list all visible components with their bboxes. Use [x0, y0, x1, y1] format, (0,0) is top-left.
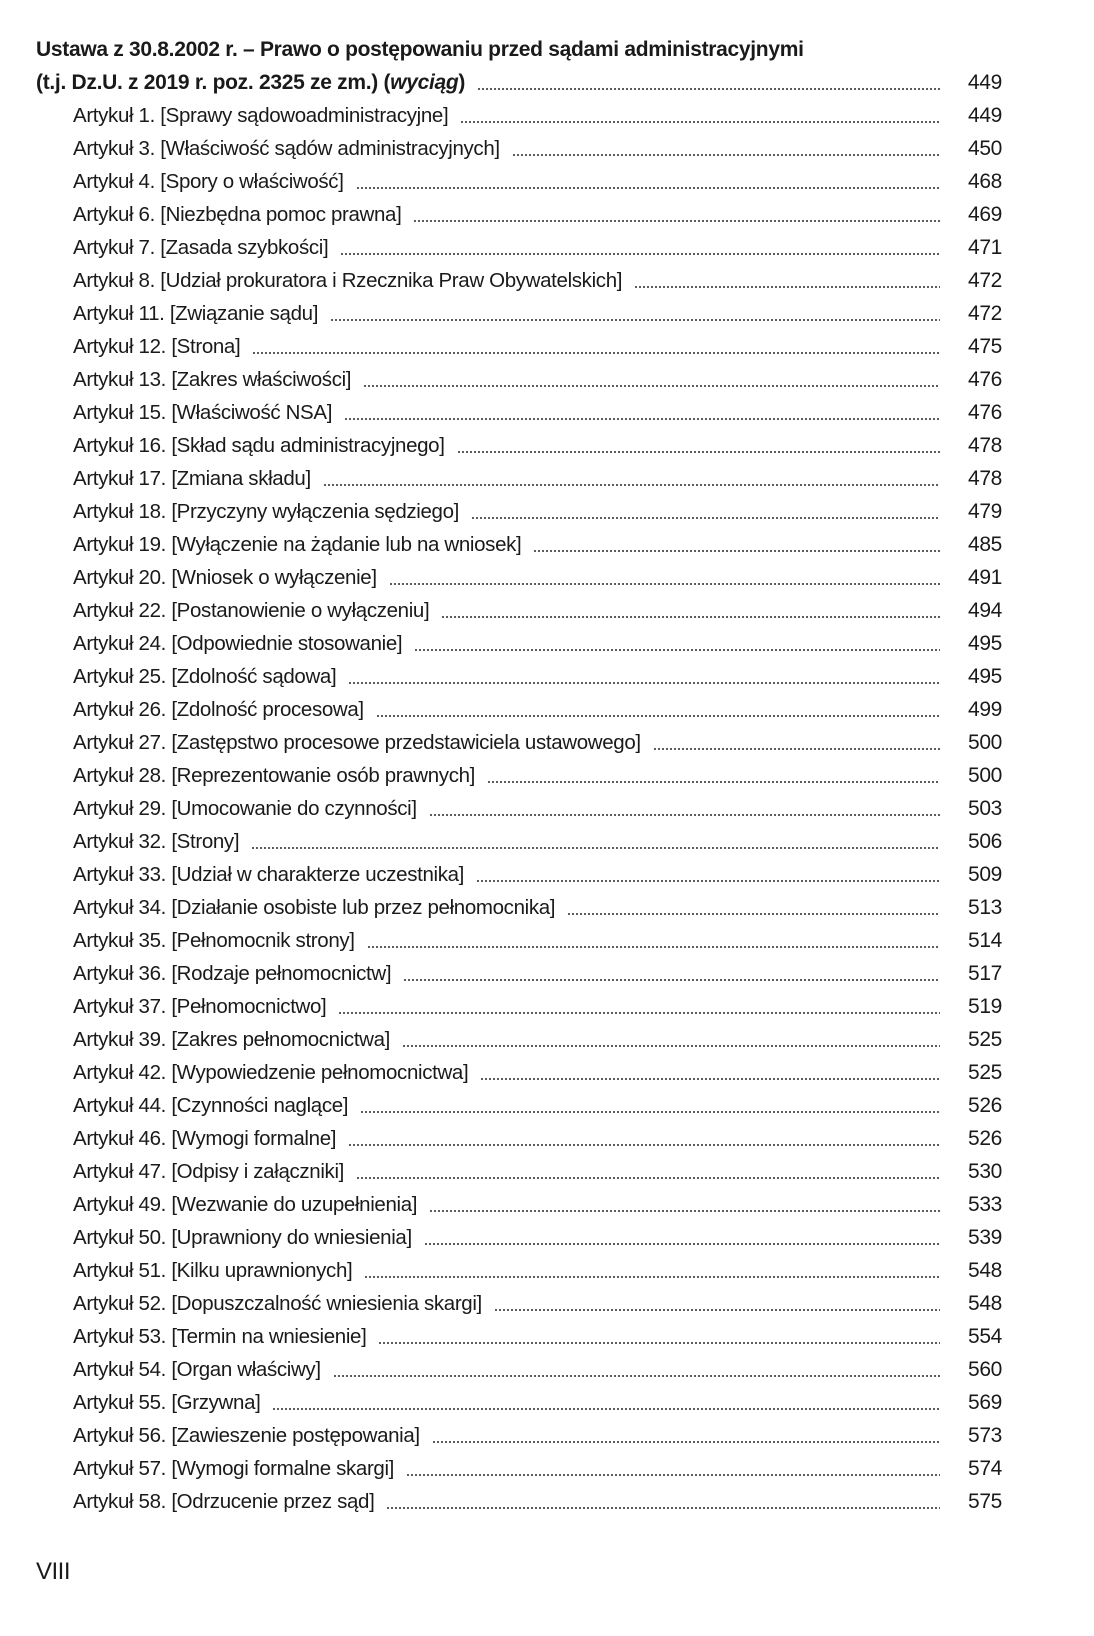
toc-entry-page-number: 476	[962, 396, 1002, 429]
dot-leader	[252, 352, 940, 354]
toc-entry[interactable]: Artykuł 51. [Kilku uprawnionych]548	[73, 1254, 1002, 1287]
toc-entry-label: Artykuł 35. [Pełnomocnik strony]	[73, 924, 355, 957]
toc-entry[interactable]: Artykuł 50. [Uprawniony do wniesienia]53…	[73, 1221, 1002, 1254]
dot-leader	[653, 748, 940, 750]
toc-entry[interactable]: Artykuł 29. [Umocowanie do czynności]503	[73, 792, 1002, 825]
toc-entry-page-number: 548	[962, 1287, 1002, 1320]
toc-entry[interactable]: Artykuł 19. [Wyłączenie na żądanie lub n…	[73, 528, 1002, 561]
toc-entry-label: Artykuł 49. [Wezwanie do uzupełnienia]	[73, 1188, 417, 1221]
dot-leader	[356, 1177, 940, 1179]
toc-entry-label: Artykuł 24. [Odpowiednie stosowanie]	[73, 627, 402, 660]
dot-leader	[533, 550, 940, 552]
dot-leader	[441, 616, 940, 618]
toc-entry-label: Artykuł 47. [Odpisy i załączniki]	[73, 1155, 344, 1188]
dot-leader	[323, 484, 940, 486]
toc-entry[interactable]: Artykuł 35. [Pełnomocnik strony]514	[73, 924, 1002, 957]
dot-leader	[457, 451, 940, 453]
toc-entry-label: Artykuł 11. [Związanie sądu]	[73, 297, 318, 330]
dot-leader	[567, 913, 940, 915]
toc-entry[interactable]: Artykuł 16. [Skład sądu administracyjneg…	[73, 429, 1002, 462]
toc-entry-label: Artykuł 58. [Odrzucenie przez sąd]	[73, 1485, 374, 1518]
toc-entry-page-number: 533	[962, 1188, 1002, 1221]
dot-leader	[363, 385, 940, 387]
toc-entry-label: Artykuł 52. [Dopuszczalność wniesienia s…	[73, 1287, 482, 1320]
toc-entry-page-number: 476	[962, 363, 1002, 396]
dot-leader	[424, 1243, 940, 1245]
toc-entry-label: Artykuł 36. [Rodzaje pełnomocnictw]	[73, 957, 391, 990]
toc-entry-label: Artykuł 53. [Termin na wniesienie]	[73, 1320, 366, 1353]
toc-entry[interactable]: Artykuł 12. [Strona]475	[73, 330, 1002, 363]
toc-entry-page-number: 503	[962, 792, 1002, 825]
toc-entry-page-number: 569	[962, 1386, 1002, 1419]
toc-entry-page-number: 526	[962, 1089, 1002, 1122]
toc-entry[interactable]: Artykuł 13. [Zakres właściwości]476	[73, 363, 1002, 396]
dot-leader	[364, 1276, 940, 1278]
toc-entry-page-number: 573	[962, 1419, 1002, 1452]
toc-entry-page-number: 526	[962, 1122, 1002, 1155]
toc-entry[interactable]: Artykuł 52. [Dopuszczalność wniesienia s…	[73, 1287, 1002, 1320]
toc-entry-page-number: 494	[962, 594, 1002, 627]
dot-leader	[429, 814, 940, 816]
dot-leader	[476, 880, 940, 882]
toc-entry[interactable]: Artykuł 6. [Niezbędna pomoc prawna]469	[73, 198, 1002, 231]
toc-entry-page-number: 575	[962, 1485, 1002, 1518]
toc-entry-label: Artykuł 25. [Zdolność sądowa]	[73, 660, 336, 693]
toc-entry-label: Artykuł 39. [Zakres pełnomocnictwa]	[73, 1023, 390, 1056]
toc-entry-page-number: 479	[962, 495, 1002, 528]
toc-entry-label: Artykuł 26. [Zdolność procesowa]	[73, 693, 364, 726]
toc-entry-label: Artykuł 16. [Skład sądu administracyjneg…	[73, 429, 445, 462]
toc-entry-page-number: 495	[962, 627, 1002, 660]
dot-leader	[386, 1507, 940, 1509]
toc-entry[interactable]: Artykuł 36. [Rodzaje pełnomocnictw]517	[73, 957, 1002, 990]
toc-entry-page-number: 539	[962, 1221, 1002, 1254]
toc-entry-label: Artykuł 56. [Zawieszenie postępowania]	[73, 1419, 420, 1452]
dot-leader	[402, 1045, 940, 1047]
dot-leader	[340, 253, 940, 255]
toc-entry-label: Artykuł 51. [Kilku uprawnionych]	[73, 1254, 352, 1287]
toc-entry-page-number: 513	[962, 891, 1002, 924]
toc-entry[interactable]: Artykuł 20. [Wniosek o wyłączenie]491	[73, 561, 1002, 594]
dot-leader	[272, 1408, 940, 1410]
toc-entry-page-number: 500	[962, 726, 1002, 759]
toc-entry-page-number: 517	[962, 957, 1002, 990]
toc-entry-page-number: 574	[962, 1452, 1002, 1485]
toc-entry[interactable]: Artykuł 42. [Wypowiedzenie pełnomocnictw…	[73, 1056, 1002, 1089]
dot-leader	[487, 781, 940, 783]
dot-leader	[344, 418, 940, 420]
toc-entry-label: Artykuł 37. [Pełnomocnictwo]	[73, 990, 326, 1023]
toc-entry-label: Artykuł 22. [Postanowienie o wyłączeniu]	[73, 594, 429, 627]
dot-leader	[356, 187, 940, 189]
toc-entry-page-number: 450	[962, 132, 1002, 165]
toc-entry[interactable]: Artykuł 24. [Odpowiednie stosowanie]495	[73, 627, 1002, 660]
toc-entry[interactable]: Artykuł 7. [Zasada szybkości]471	[73, 231, 1002, 264]
toc-entry-page-number: 478	[962, 462, 1002, 495]
toc-entry-label: Artykuł 8. [Udział prokuratora i Rzeczni…	[73, 264, 622, 297]
toc-entry[interactable]: Artykuł 33. [Udział w charakterze uczest…	[73, 858, 1002, 891]
toc-entry[interactable]: Artykuł 34. [Działanie osobiste lub prze…	[73, 891, 1002, 924]
dot-leader	[367, 946, 940, 948]
toc-entry-page-number: 469	[962, 198, 1002, 231]
toc-entry[interactable]: Artykuł 11. [Związanie sądu]472	[73, 297, 1002, 330]
dot-leader	[251, 847, 940, 849]
heading-title: Ustawa z 30.8.2002 r. – Prawo o postępow…	[36, 33, 804, 66]
toc-entry-label: Artykuł 57. [Wymogi formalne skargi]	[73, 1452, 394, 1485]
toc-entry-page-number: 475	[962, 330, 1002, 363]
toc-entry-page-number: 478	[962, 429, 1002, 462]
toc-entry-label: Artykuł 6. [Niezbędna pomoc prawna]	[73, 198, 401, 231]
toc-entry[interactable]: Artykuł 32. [Strony]506	[73, 825, 1002, 858]
toc-entry-page-number: 519	[962, 990, 1002, 1023]
toc-entry[interactable]: Artykuł 56. [Zawieszenie postępowania]57…	[73, 1419, 1002, 1452]
dot-leader	[389, 583, 940, 585]
toc-entry[interactable]: Artykuł 55. [Grzywna]569	[73, 1386, 1002, 1419]
toc-entry[interactable]: Artykuł 47. [Odpisy i załączniki]530	[73, 1155, 1002, 1188]
toc-entry[interactable]: Artykuł 22. [Postanowienie o wyłączeniu]…	[73, 594, 1002, 627]
toc-entry-label: Artykuł 46. [Wymogi formalne]	[73, 1122, 336, 1155]
toc-entry-label: Artykuł 42. [Wypowiedzenie pełnomocnictw…	[73, 1056, 468, 1089]
toc-entry[interactable]: Artykuł 26. [Zdolność procesowa]499	[73, 693, 1002, 726]
toc-entry-page-number: 560	[962, 1353, 1002, 1386]
toc-entry[interactable]: Artykuł 15. [Właściwość NSA]476	[73, 396, 1002, 429]
toc-entry-label: Artykuł 29. [Umocowanie do czynności]	[73, 792, 417, 825]
toc-entry[interactable]: Artykuł 25. [Zdolność sądowa]495	[73, 660, 1002, 693]
dot-leader	[413, 220, 940, 222]
toc-entry-label: Artykuł 32. [Strony]	[73, 825, 239, 858]
toc-entry-page-number: 530	[962, 1155, 1002, 1188]
toc-entry-label: Artykuł 15. [Właściwość NSA]	[73, 396, 332, 429]
dot-leader	[634, 286, 940, 288]
dot-leader	[360, 1111, 940, 1113]
dot-leader	[494, 1309, 940, 1311]
toc-entry-label: Artykuł 3. [Właściwość sądów administrac…	[73, 132, 500, 165]
toc-entry-page-number: 499	[962, 693, 1002, 726]
toc-entry[interactable]: Artykuł 49. [Wezwanie do uzupełnienia]53…	[73, 1188, 1002, 1221]
toc-entry-label: Artykuł 18. [Przyczyny wyłączenia sędzie…	[73, 495, 459, 528]
toc-entry[interactable]: Artykuł 54. [Organ właściwy]560	[73, 1353, 1002, 1386]
dot-leader	[432, 1441, 940, 1443]
dot-leader	[378, 1342, 940, 1344]
dot-leader	[477, 88, 940, 90]
dot-leader	[338, 1012, 940, 1014]
dot-leader	[333, 1375, 940, 1377]
toc-entry-label: Artykuł 19. [Wyłączenie na żądanie lub n…	[73, 528, 521, 561]
heading-citation-close: )	[458, 71, 465, 94]
toc-entry[interactable]: Artykuł 57. [Wymogi formalne skargi]574	[73, 1452, 1002, 1485]
dot-leader	[348, 682, 940, 684]
heading-citation-text: (t.j. Dz.U. z 2019 r. poz. 2325 ze zm.) …	[36, 71, 390, 94]
toc-entry-page-number: 472	[962, 297, 1002, 330]
toc-entry-page-number: 509	[962, 858, 1002, 891]
heading-excerpt-label: wyciąg	[390, 71, 458, 94]
toc-entry[interactable]: Artykuł 46. [Wymogi formalne]526	[73, 1122, 1002, 1155]
toc-entry[interactable]: Artykuł 53. [Termin na wniesienie]554	[73, 1320, 1002, 1353]
toc-entry-page-number: 525	[962, 1056, 1002, 1089]
toc-entry-label: Artykuł 28. [Reprezentowanie osób prawny…	[73, 759, 475, 792]
toc-entry[interactable]: Artykuł 39. [Zakres pełnomocnictwa]525	[73, 1023, 1002, 1056]
toc-entry-label: Artykuł 54. [Organ właściwy]	[73, 1353, 321, 1386]
toc-entry[interactable]: Artykuł 4. [Spory o właściwość]468	[73, 165, 1002, 198]
toc-entry[interactable]: Artykuł 18. [Przyczyny wyłączenia sędzie…	[73, 495, 1002, 528]
toc-entry-label: Artykuł 55. [Grzywna]	[73, 1386, 260, 1419]
toc-entry-label: Artykuł 20. [Wniosek o wyłączenie]	[73, 561, 377, 594]
heading-line-1: Ustawa z 30.8.2002 r. – Prawo o postępow…	[36, 33, 1002, 66]
toc-entry[interactable]: Artykuł 17. [Zmiana składu]478	[73, 462, 1002, 495]
toc-entry-label: Artykuł 13. [Zakres właściwości]	[73, 363, 351, 396]
dot-leader	[376, 715, 940, 717]
heading-citation: (t.j. Dz.U. z 2019 r. poz. 2325 ze zm.) …	[36, 66, 465, 99]
toc-entry-label: Artykuł 50. [Uprawniony do wniesienia]	[73, 1221, 412, 1254]
dot-leader	[512, 154, 940, 156]
dot-leader	[460, 121, 940, 123]
toc-entry[interactable]: Artykuł 37. [Pełnomocnictwo]519	[73, 990, 1002, 1023]
dot-leader	[406, 1474, 940, 1476]
dot-leader	[403, 979, 940, 981]
toc-entry-page-number: 525	[962, 1023, 1002, 1056]
toc-entry-label: Artykuł 27. [Zastępstwo procesowe przeds…	[73, 726, 641, 759]
toc-entry-list: Artykuł 1. [Sprawy sądowoadministracyjne…	[73, 99, 1002, 1518]
toc-entry-page-number: 506	[962, 825, 1002, 858]
toc-entry-label: Artykuł 12. [Strona]	[73, 330, 240, 363]
dot-leader	[480, 1078, 940, 1080]
toc-section-heading: Ustawa z 30.8.2002 r. – Prawo o postępow…	[36, 33, 1002, 99]
toc-entry[interactable]: Artykuł 44. [Czynności naglące]526	[73, 1089, 1002, 1122]
toc-entry-page-number: 548	[962, 1254, 1002, 1287]
toc-entry[interactable]: Artykuł 28. [Reprezentowanie osób prawny…	[73, 759, 1002, 792]
toc-entry-label: Artykuł 17. [Zmiana składu]	[73, 462, 311, 495]
toc-entry-page-number: 500	[962, 759, 1002, 792]
toc-entry-label: Artykuł 1. [Sprawy sądowoadministracyjne…	[73, 99, 448, 132]
dot-leader	[348, 1144, 940, 1146]
toc-entry-label: Artykuł 7. [Zasada szybkości]	[73, 231, 328, 264]
toc-entry-label: Artykuł 44. [Czynności naglące]	[73, 1089, 348, 1122]
toc-entry-page-number: 495	[962, 660, 1002, 693]
toc-entry-page-number: 514	[962, 924, 1002, 957]
heading-page-number: 449	[962, 66, 1002, 99]
dot-leader	[471, 517, 940, 519]
toc-entry-label: Artykuł 4. [Spory o właściwość]	[73, 165, 344, 198]
toc-entry[interactable]: Artykuł 3. [Właściwość sądów administrac…	[73, 132, 1002, 165]
dot-leader	[330, 319, 940, 321]
toc-entry[interactable]: Artykuł 27. [Zastępstwo procesowe przeds…	[73, 726, 1002, 759]
toc-entry[interactable]: Artykuł 58. [Odrzucenie przez sąd]575	[73, 1485, 1002, 1518]
page-folio: VIII	[36, 1558, 70, 1586]
toc-entry-page-number: 468	[962, 165, 1002, 198]
toc-entry-page-number: 471	[962, 231, 1002, 264]
toc-entry-label: Artykuł 33. [Udział w charakterze uczest…	[73, 858, 464, 891]
dot-leader	[414, 649, 940, 651]
toc-page: Ustawa z 30.8.2002 r. – Prawo o postępow…	[0, 0, 1094, 1636]
toc-entry-label: Artykuł 34. [Działanie osobiste lub prze…	[73, 891, 555, 924]
toc-entry-page-number: 449	[962, 99, 1002, 132]
toc-entry-page-number: 485	[962, 528, 1002, 561]
toc-entry[interactable]: Artykuł 1. [Sprawy sądowoadministracyjne…	[73, 99, 1002, 132]
toc-entry-page-number: 491	[962, 561, 1002, 594]
dot-leader	[429, 1210, 940, 1212]
toc-entry[interactable]: Artykuł 8. [Udział prokuratora i Rzeczni…	[73, 264, 1002, 297]
toc-entry-page-number: 554	[962, 1320, 1002, 1353]
heading-line-2[interactable]: (t.j. Dz.U. z 2019 r. poz. 2325 ze zm.) …	[36, 66, 1002, 99]
toc-entry-page-number: 472	[962, 264, 1002, 297]
